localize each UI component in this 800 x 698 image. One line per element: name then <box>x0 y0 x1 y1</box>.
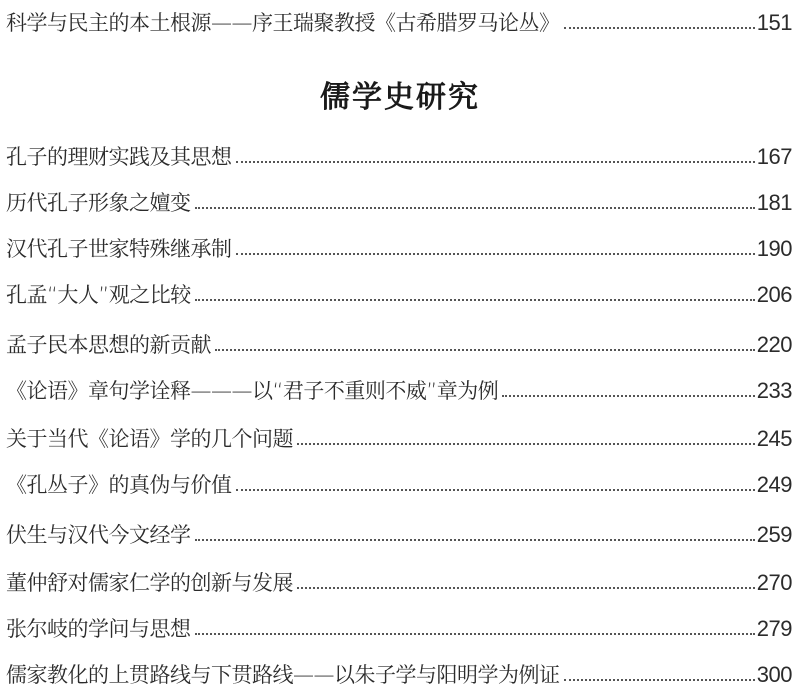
toc-entry[interactable]: 张尔岐的学问与思想 279 <box>6 612 792 646</box>
toc-entry[interactable]: 孔子的理财实践及其思想 167 <box>6 140 792 174</box>
dot-leader <box>195 612 755 646</box>
toc-entry[interactable]: 汉代孔子世家特殊继承制 190 <box>6 232 792 266</box>
dot-leader <box>195 186 755 220</box>
dot-leader <box>297 422 755 456</box>
toc-entry[interactable]: 董仲舒对儒家仁学的创新与发展 270 <box>6 566 792 600</box>
toc-entry-page-number: 206 <box>757 278 792 312</box>
toc-entry-page-number: 300 <box>757 658 792 692</box>
dot-leader <box>195 278 755 312</box>
toc-entry-title: 孔子的理财实践及其思想 <box>6 140 232 174</box>
dot-leader <box>564 6 755 40</box>
toc-entry-page-number: 151 <box>757 6 792 40</box>
dot-leader <box>236 468 755 502</box>
toc-entry-title: 孔孟“大人”观之比较 <box>6 278 191 312</box>
toc-entry-title: 科学与民主的本土根源——序王瑞聚教授《古希腊罗马论丛》 <box>6 6 560 40</box>
toc-entry-page-number: 270 <box>757 566 792 600</box>
toc-entry[interactable]: 孔孟“大人”观之比较 206 <box>6 278 792 312</box>
toc-entry-title: 关于当代《论语》学的几个问题 <box>6 422 293 456</box>
dot-leader <box>236 232 755 266</box>
toc-entry[interactable]: 孟子民本思想的新贡献 220 <box>6 328 792 362</box>
toc-entry-title: 张尔岐的学问与思想 <box>6 612 191 646</box>
toc-entry-page-number: 220 <box>757 328 792 362</box>
toc-entry[interactable]: 科学与民主的本土根源——序王瑞聚教授《古希腊罗马论丛》 151 <box>6 6 792 40</box>
toc-entry[interactable]: 伏生与汉代今文经学 259 <box>6 518 792 552</box>
dot-leader <box>564 658 755 692</box>
toc-entry[interactable]: 《孔丛子》的真伪与价值 249 <box>6 468 792 502</box>
toc-entry[interactable]: 关于当代《论语》学的几个问题 245 <box>6 422 792 456</box>
toc-entry-page-number: 233 <box>757 374 792 408</box>
toc-entry-title: 儒家教化的上贯路线与下贯路线——以朱子学与阳明学为例证 <box>6 658 560 692</box>
dot-leader <box>502 374 755 408</box>
toc-entry-page-number: 259 <box>757 518 792 552</box>
toc-entry-title: 《论语》章句学诠释———以“君子不重则不威”章为例 <box>6 374 498 408</box>
toc-entry-page-number: 249 <box>757 468 792 502</box>
toc-entry-title: 历代孔子形象之嬗变 <box>6 186 191 220</box>
toc-entry[interactable]: 儒家教化的上贯路线与下贯路线——以朱子学与阳明学为例证 300 <box>6 658 792 692</box>
toc-entry-title: 董仲舒对儒家仁学的创新与发展 <box>6 566 293 600</box>
toc-entry-title: 孟子民本思想的新贡献 <box>6 328 211 362</box>
dot-leader <box>236 140 755 174</box>
dot-leader <box>297 566 755 600</box>
dot-leader <box>195 518 755 552</box>
toc-entry[interactable]: 《论语》章句学诠释———以“君子不重则不威”章为例 233 <box>6 374 792 408</box>
toc-entry-page-number: 181 <box>757 186 792 220</box>
toc-entry-page-number: 167 <box>757 140 792 174</box>
toc-entry-page-number: 279 <box>757 612 792 646</box>
toc-entry-page-number: 190 <box>757 232 792 266</box>
toc-entry[interactable]: 历代孔子形象之嬗变 181 <box>6 186 792 220</box>
toc-entry-title: 汉代孔子世家特殊继承制 <box>6 232 232 266</box>
toc-entry-title: 《孔丛子》的真伪与价值 <box>6 468 232 502</box>
toc-entry-title: 伏生与汉代今文经学 <box>6 518 191 552</box>
toc-entry-page-number: 245 <box>757 422 792 456</box>
section-heading: 儒学史研究 <box>0 72 800 116</box>
dot-leader <box>215 328 755 362</box>
